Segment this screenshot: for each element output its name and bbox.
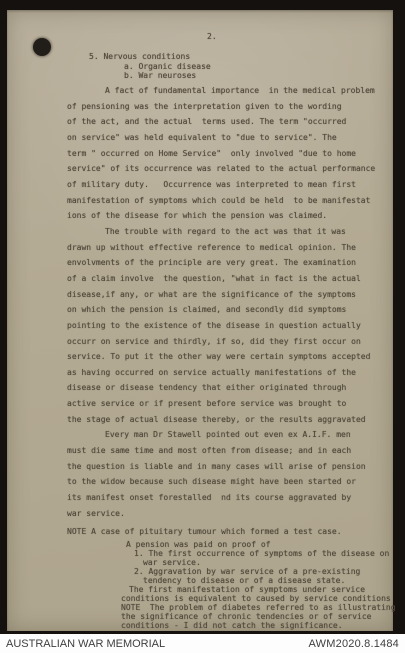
doc-line: the stage of actual disease thereby, or …: [67, 412, 375, 428]
doc-line: 2. Aggravation by war service of a pre-e…: [121, 567, 396, 576]
page-number: 2.: [207, 32, 217, 41]
doc-line: term " occurred on Home Service" only in…: [67, 146, 375, 162]
doc-line: 1. The first occurrence of symptoms of t…: [121, 549, 396, 558]
doc-line: service" of its occurrence was related t…: [67, 161, 375, 177]
document-body: A fact of fundamental importance in the …: [67, 83, 375, 540]
doc-line: the significance of chronic tendencies o…: [121, 612, 396, 621]
doc-line: 5. Nervous conditions: [89, 52, 211, 62]
doc-line: of the act, and the actual terms used. T…: [67, 114, 375, 130]
reference-id: AWM2020.8.1484: [309, 638, 399, 650]
doc-line: of pensioning was the interpretation giv…: [67, 99, 375, 115]
doc-line: of military duty. Occurrence was interpr…: [67, 177, 375, 193]
doc-line: occurr on service and thirdly, if so, di…: [67, 334, 375, 350]
doc-line: active service or if present before serv…: [67, 396, 375, 412]
doc-line: conditions is equivalent to caused by se…: [121, 594, 396, 603]
doc-line: its manifest onset forestalled nd its co…: [67, 490, 375, 506]
doc-line: The trouble with regard to the act was t…: [67, 224, 375, 240]
doc-line: must die same time and most often from d…: [67, 443, 375, 459]
doc-line: a. Organic disease: [89, 62, 211, 72]
doc-line: A fact of fundamental importance in the …: [67, 83, 375, 99]
doc-line: to the widow because such disease might …: [67, 474, 375, 490]
doc-line: NOTE A case of pituitary tumour which fo…: [67, 524, 375, 540]
doc-line: of a claim involve the question, "what i…: [67, 271, 375, 287]
doc-line: the question is liable and in many cases…: [67, 459, 375, 475]
doc-line: The first manifestation of symptoms unde…: [121, 585, 396, 594]
doc-line: on which the pension is claimed, and sec…: [67, 302, 375, 318]
section-heading: 5. Nervous conditions a. Organic disease…: [89, 52, 211, 81]
archive-name: AUSTRALIAN WAR MEMORIAL: [6, 638, 165, 650]
doc-line: disease or disease tendency that either …: [67, 380, 375, 396]
catalog-footer: AUSTRALIAN WAR MEMORIAL AWM2020.8.1484: [0, 634, 405, 653]
doc-line: b. War neuroses: [89, 71, 211, 81]
doc-line: as having occurred on service actually m…: [67, 365, 375, 381]
doc-line: drawn up without effective reference to …: [67, 240, 375, 256]
doc-line: Every man Dr Stawell pointed out even ex…: [67, 427, 375, 443]
doc-line: NOTE The problem of diabetes referred to…: [121, 603, 396, 612]
doc-line: service. To put it the other way were ce…: [67, 349, 375, 365]
doc-line: tendency to disease or of a disease stat…: [121, 576, 396, 585]
scanned-page: 2. 5. Nervous conditions a. Organic dise…: [7, 10, 393, 631]
notes-section: A pension was paid on proof of 1. The fi…: [121, 540, 396, 630]
doc-line: A pension was paid on proof of: [121, 540, 396, 549]
doc-line: envolvments of the principle are very gr…: [67, 255, 375, 271]
doc-line: ions of the disease for which the pensio…: [67, 208, 375, 224]
doc-line: war service.: [67, 506, 375, 522]
punch-hole: [33, 38, 51, 56]
doc-line: manifestation of symptoms which could be…: [67, 193, 375, 209]
doc-line: disease,if any, or what are the signific…: [67, 287, 375, 303]
doc-line: war service.: [121, 558, 396, 567]
doc-line: conditions - I did not catch the signifi…: [121, 621, 396, 630]
doc-line: pointing to the existence of the disease…: [67, 318, 375, 334]
doc-line: on service" was held equivalent to "due …: [67, 130, 375, 146]
